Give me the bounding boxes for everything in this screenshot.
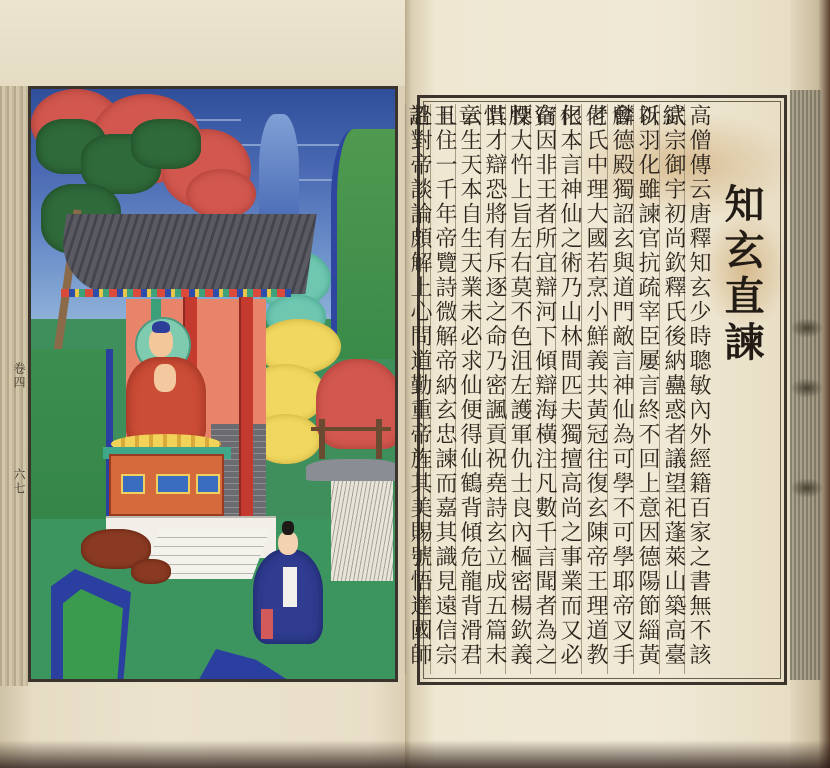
throne-panel [156, 474, 190, 494]
text-frame: 知玄直諫 高僧傳云唐釋知玄少時聰敏內外經籍百家之書無不該綜 武宗御宇初尚欽釋氏後… [417, 95, 787, 685]
text-column-1: 高僧傳云唐釋知玄少時聰敏內外經籍百家之書無不該綜 [684, 104, 712, 674]
buddha-hair [152, 321, 170, 333]
text-column-12: 赴對帝談論頗解上心問道勤重帝旌其美賜號悟達國師 [405, 104, 433, 674]
brown-shrub [131, 559, 171, 584]
bottom-shadow [0, 740, 830, 768]
official-robe-lining [261, 609, 273, 639]
green-cliff [331, 129, 398, 359]
official-hands-tablet [283, 567, 297, 607]
fence-post [376, 419, 382, 459]
pine-foliage [131, 119, 201, 169]
pavilion-pillar [239, 297, 253, 522]
bamboo-tuft-icon [790, 318, 824, 338]
text-column-4: 麟德殿獨詔玄與道門敵言神仙為可學不可學耶帝叉手付 [607, 104, 635, 674]
left-page: 卷四 六七 [0, 0, 412, 768]
text-column-9: 其才辯恐將有斥逐之命乃密諷貢祝堯詩玄立成五篇末章 [480, 104, 508, 674]
fold-volume-label: 卷四 [12, 362, 28, 390]
text-column-11: 且住一千年帝覽詩微解帝納玄忠諫而嘉其識見遠信宗詔 [430, 104, 458, 674]
buddha-chest [154, 364, 176, 392]
illustration-frame [28, 86, 398, 682]
text-column-8: 慄大忤上旨左右莫不色沮左護軍仇士良內樞密楊欽義惜 [505, 104, 533, 674]
open-book: 卷四 六七 [0, 0, 830, 768]
throne-panel [196, 474, 220, 494]
text-column-6: 根本言神仙之術乃山林間匹夫獨擅高尚之事業而又必資 [555, 104, 583, 674]
bamboo-tuft-icon [790, 378, 824, 398]
red-cloud-right [316, 359, 398, 449]
text-column-7: 宿因非王者所宜辯河下傾辯海橫注凡數千言聞者為之股 [530, 104, 558, 674]
throne-panel [121, 474, 145, 494]
left-page-top-margin [0, 0, 412, 86]
text-column-2: 武宗御宇初尚欽釋氏後納蠱惑者議望祀蓬萊山築高臺以 [659, 104, 687, 674]
bamboo-tuft-icon [790, 478, 824, 498]
waterfall [331, 481, 393, 581]
fold-page-number: 六七 [12, 468, 28, 496]
pavilion-roof [55, 214, 316, 294]
chapter-title: 知玄直諫 [720, 183, 770, 483]
text-column-5: 老氏中理大國若烹小鮮義共黃冠往復玄陳帝王理道教化 [581, 104, 609, 674]
red-cloud [186, 169, 256, 219]
fence-post [319, 419, 325, 459]
roof-painted-beam [61, 289, 291, 297]
official-topknot [282, 521, 294, 535]
text-column-10: 云生天本自生天業未必求仙便得仙鶴背傾危龍背滑君王 [455, 104, 483, 674]
text-column-3: 祈羽化雖諫官抗疏宰臣屢言終不回上意因德陽節緇黃會 [633, 104, 661, 674]
stone-bridge [306, 459, 398, 481]
